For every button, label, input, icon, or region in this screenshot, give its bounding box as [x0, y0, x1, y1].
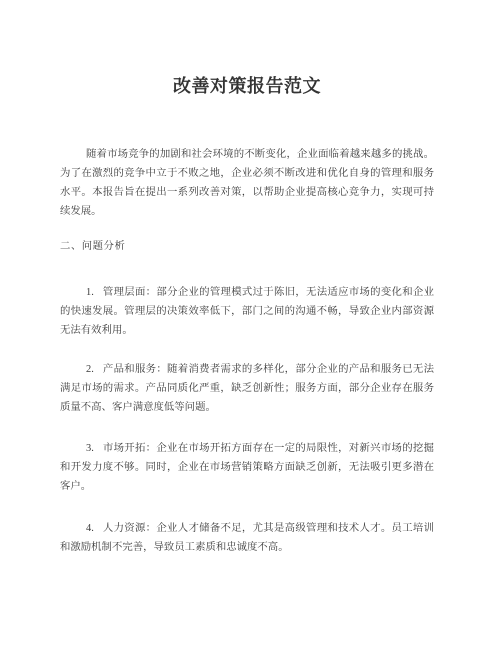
list-item-3: 3.市场开拓：企业在市场开拓方面存在一定的局限性，对新兴市场的挖掘和开发力度不够… [60, 439, 434, 496]
item-4-text: 人力资源：企业人才储备不足，尤其是高级管理和技术人才。员工培训和激励机制不完善，… [60, 523, 434, 553]
document-page: 改善对策报告范文 随着市场竞争的加剧和社会环境的不断变化，企业面临着越来越多的挑… [0, 0, 500, 647]
section-heading: 二、问题分析 [60, 237, 434, 256]
item-4-number: 4. [86, 523, 94, 534]
item-3-text: 市场开拓：企业在市场开拓方面存在一定的局限性，对新兴市场的挖掘和开发力度不够。同… [60, 443, 434, 492]
list-item-2: 2.产品和服务：随着消费者需求的多样化，部分企业的产品和服务已无法满足市场的需求… [60, 360, 434, 417]
item-2-text: 产品和服务：随着消费者需求的多样化，部分企业的产品和服务已无法满足市场的需求。产… [60, 364, 434, 413]
item-1-text: 管理层面：部分企业的管理模式过于陈旧，无法适应市场的变化和企业的快速发展。管理层… [60, 287, 434, 336]
item-2-number: 2. [86, 364, 94, 375]
list-item-1: 1.管理层面：部分企业的管理模式过于陈旧，无法适应市场的变化和企业的快速发展。管… [60, 283, 434, 340]
document-title: 改善对策报告范文 [60, 74, 434, 98]
list-item-4: 4.人力资源：企业人才储备不足，尤其是高级管理和技术人才。员工培训和激励机制不完… [60, 519, 434, 557]
item-3-number: 3. [86, 443, 94, 454]
item-1-number: 1. [86, 287, 94, 298]
intro-paragraph: 随着市场竞争的加剧和社会环境的不断变化，企业面临着越来越多的挑战。为了在激烈的竞… [60, 145, 434, 221]
